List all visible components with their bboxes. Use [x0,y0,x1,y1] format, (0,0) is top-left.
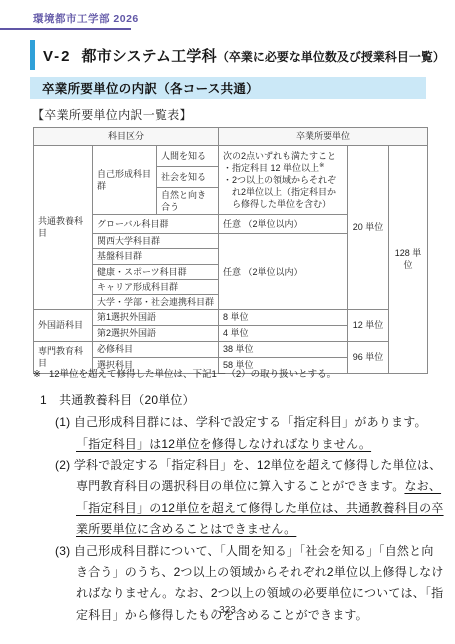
cell-subgroup-required: 必修科目 [93,341,219,357]
cell-subgroup-first-foreign: 第1選択外国語 [93,309,219,325]
cell-subgroup-kansai: 関西大学科目群 [93,234,219,249]
note-item-text: 自己形成科目群には、学科で設定する「指定科目」があります。 [74,415,427,429]
req-bullet: ・2つ以上の領域からそれぞれ2単位以上（指定科目から修得した単位を含む） [223,174,343,210]
note-item-label: (3) [55,544,74,558]
table-row: 専門教育科目 必修科目 38 単位 96 単位 [34,341,428,357]
cell-group-foreign: 外国語科目 [34,309,93,341]
subsection-banner: 卒業所要単位の内訳（各コース共通） [30,77,426,99]
cell-area-nature: 自然と向き合う [157,188,219,215]
section-title-block: V-2都市システム工学科（卒業に必要な単位数及び授業科目一覧） [30,40,447,70]
units-table: 科目区分 卒業所要単位 共通教養科目 自己形成科目群 人間を知る 次の2点いずれ… [33,127,428,374]
footnote-text: 12単位を超えて修得した単位は、下記1－（2）の取り扱いとする。 [49,369,336,380]
note-item: (2) 学科で設定する「指定科目」を、12単位を超えて修得した単位は、専門教育科… [55,455,444,540]
header-cell-units: 卒業所要単位 [219,128,428,146]
cell-req-optional: 任意 （2単位以内） [219,234,348,310]
req-bullet-text: ・指定科目 12 単位以上 [223,163,319,173]
note-item-label: (2) [55,458,74,472]
cell-units-foreign-subtotal: 12 単位 [348,309,389,341]
req-bullet: ・指定科目 12 単位以上※ [223,162,343,174]
cell-subgroup-career: キャリア形成科目群 [93,279,219,294]
cell-area-human: 人間を知る [157,146,219,167]
note-item-text: 「指定科目」は12単位を修得しなければなりません。 [76,437,371,451]
cell-units-second-foreign: 4 単位 [219,325,348,341]
cell-group-common: 共通教養科目 [34,146,93,310]
cell-units-first-foreign: 8 単位 [219,309,348,325]
department-rule [0,28,131,30]
section-number: V-2 [43,48,72,65]
cell-units-total: 128 単位 [389,146,428,374]
header-cell-category: 科目区分 [34,128,219,146]
page-title: V-2都市システム工学科（卒業に必要な単位数及び授業科目一覧） [43,45,445,66]
department-label: 環境都市工学部 2026 [33,11,139,26]
cell-subgroup-foundation: 基盤科目群 [93,249,219,264]
footnote-mark: ※ [33,369,41,380]
notes-list: (1) 自己形成科目群には、学科で設定する「指定科目」があります。「指定科目」は… [55,412,444,626]
section-main-title: 都市システム工学科 [82,48,217,65]
cell-subgroup-second-foreign: 第2選択外国語 [93,325,219,341]
table-caption: 【卒業所要単位内訳一覧表】 [32,106,192,123]
notes-section-title: 1 共通教養科目（20単位） [40,390,444,411]
cell-units-required: 38 単位 [219,341,348,357]
req-line: 次の2点いずれも満たすこと [223,150,343,162]
cell-area-society: 社会を知る [157,167,219,188]
table-header-row: 科目区分 卒業所要単位 [34,128,428,146]
document-page: 環境都市工学部 2026 V-2都市システム工学科（卒業に必要な単位数及び授業科… [0,0,455,644]
body-notes: 1 共通教養科目（20単位） (1) 自己形成科目群には、学科で設定する「指定科… [40,390,444,626]
note-item-label: (1) [55,415,74,429]
cell-subgroup-self-formation: 自己形成科目群 [93,146,157,215]
title-accent-bar [30,40,35,70]
footnote-mark-sup: ※ [319,162,324,169]
note-item: (1) 自己形成科目群には、学科で設定する「指定科目」があります。「指定科目」は… [55,412,444,455]
table-footnote: ※12単位を超えて修得した単位は、下記1－（2）の取り扱いとする。 [33,366,445,380]
note-item-text: 学科で設定する「指定科目」を、12単位を超えて修得した単位は、専門教育科目の選択… [74,458,442,493]
section-subtitle: （卒業に必要な単位数及び授業科目一覧） [217,50,445,64]
page-number: - 323 - [0,605,455,616]
cell-subgroup-global: グローバル科目群 [93,215,219,234]
cell-req-global: 任意 （2単位以内） [219,215,348,234]
table-row: 共通教養科目 自己形成科目群 人間を知る 次の2点いずれも満たすこと ・指定科目… [34,146,428,167]
table-row: 外国語科目 第1選択外国語 8 単位 12 単位 [34,309,428,325]
cell-units-common-subtotal: 20 単位 [348,146,389,310]
cell-subgroup-collab: 大学・学部・社会連携科目群 [93,294,219,309]
cell-req-self-formation: 次の2点いずれも満たすこと ・指定科目 12 単位以上※ ・2つ以上の領域からそ… [219,146,348,215]
cell-subgroup-health-sports: 健康・スポーツ科目群 [93,264,219,279]
